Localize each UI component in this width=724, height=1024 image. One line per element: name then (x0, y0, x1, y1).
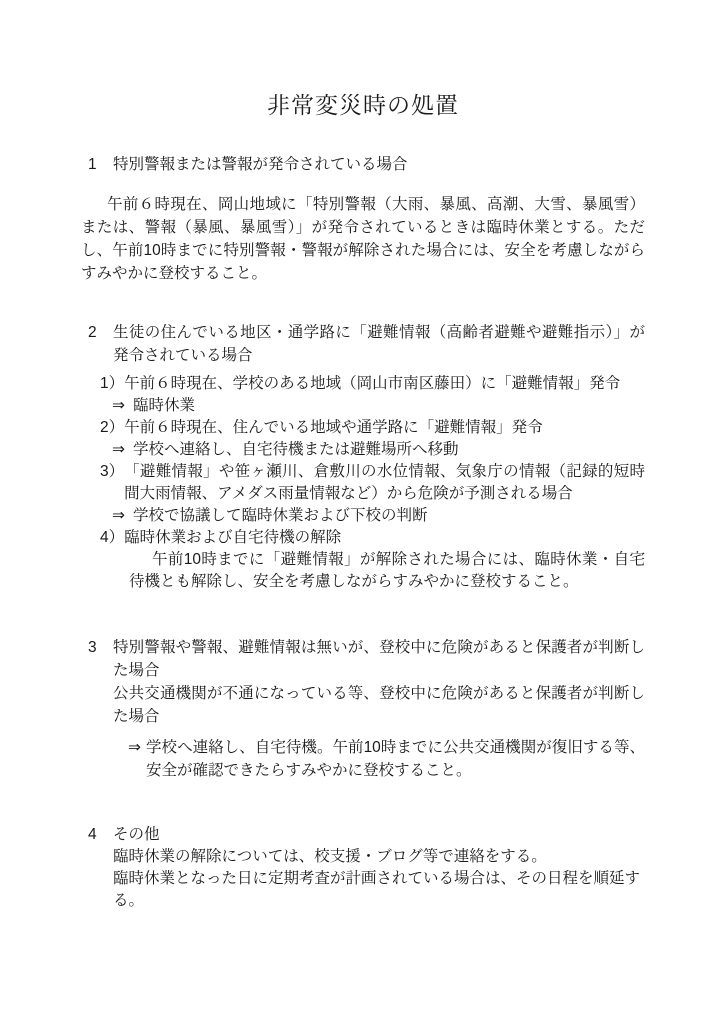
item-1-text: 午前６時現在、学校のある地域（岡山市南区藤田）に「避難情報」発令 (124, 373, 645, 395)
item-3-result-row: ⇒ 学校で協議して臨時休業および下校の判断 (112, 505, 645, 527)
item-1-result-row: ⇒ 臨時休業 (112, 395, 645, 417)
document-content: 非常変災時の処置 1 特別警報または警報が発令されている場合 午前６時現在、岡山… (81, 0, 645, 912)
arrow-icon: ⇒ (112, 439, 133, 461)
section-4-heading: その他 (113, 824, 645, 846)
section-3-heading-line-2: 公共交通機関が不通になっている等、登校中に危険があると保護者が判断した場合 (113, 682, 645, 728)
section-4-line-2: 臨時休業となった日に定期考査が計画されている場合は、その日程を順延する。 (113, 868, 645, 912)
section-4-line-1: 臨時休業の解除については、校支援・ブログ等で連絡をする。 (113, 846, 645, 868)
item-4-text: 臨時休業および自宅待機の解除 (124, 527, 645, 549)
item-4-sub-paragraph: 午前10時までに「避難情報」が解除された場合には、臨時休業・自宅待機とも解除し、… (129, 549, 645, 593)
item-2-result-text: 学校へ連絡し、自宅待機または避難場所へ移動 (133, 439, 645, 461)
section-1-body-paragraph: 午前６時現在、岡山地域に「特別警報（大雨、暴風、高潮、大雪、暴風雪）または、警報… (81, 193, 645, 285)
item-3-text: 「避難情報」や笹ヶ瀬川、倉敷川の水位情報、気象庁の情報（記録的短時間大雨情報、ア… (124, 461, 645, 505)
section-3-heading-line-1: 特別警報や警報、避難情報は無いが、登校中に危険があると保護者が判断した場合 (113, 636, 645, 682)
section-3-heading: 特別警報や警報、避難情報は無いが、登校中に危険があると保護者が判断した場合 公共… (113, 636, 645, 728)
section-3-heading-row: 3 特別警報や警報、避難情報は無いが、登校中に危険があると保護者が判断した場合 … (81, 636, 645, 728)
item-1-result-text: 臨時休業 (133, 395, 645, 417)
section-4-number: 4 (81, 824, 113, 846)
section-1-heading: 特別警報または警報が発令されている場合 (113, 153, 645, 176)
section-3-result-text: 学校へ連絡し、自宅待機。午前10時までに公共交通機関が復旧する等、安全が確認でき… (146, 736, 645, 782)
list-item: 1） 午前６時現在、学校のある地域（岡山市南区藤田）に「避難情報」発令 (100, 373, 645, 395)
list-item: 3） 「避難情報」や笹ヶ瀬川、倉敷川の水位情報、気象庁の情報（記録的短時間大雨情… (100, 461, 645, 505)
item-2-text: 午前６時現在、住んでいる地域や通学路に「避難情報」発令 (124, 417, 645, 439)
arrow-icon: ⇒ (112, 395, 133, 417)
item-3-marker: 3） (100, 461, 124, 505)
arrow-icon: ⇒ (112, 505, 133, 527)
list-item: 2） 午前６時現在、住んでいる地域や通学路に「避難情報」発令 (100, 417, 645, 439)
item-3-result-text: 学校で協議して臨時休業および下校の判断 (133, 505, 645, 527)
section-guardian-judgement: 3 特別警報や警報、避難情報は無いが、登校中に危険があると保護者が判断した場合 … (81, 636, 645, 782)
item-1-marker: 1） (100, 373, 124, 395)
section-4-heading-row: 4 その他 (81, 824, 645, 846)
section-warnings-issued: 1 特別警報または警報が発令されている場合 午前６時現在、岡山地域に「特別警報（… (81, 153, 645, 285)
section-other: 4 その他 臨時休業の解除については、校支援・ブログ等で連絡をする。 臨時休業と… (81, 824, 645, 912)
section-2-heading-row: 2 生徒の住んでいる地区・通学路に「避難情報（高齢者避難や避難指示）」が発令され… (81, 321, 645, 367)
section-3-result-row: ⇒ 学校へ連絡し、自宅待機。午前10時までに公共交通機関が復旧する等、安全が確認… (128, 736, 645, 782)
item-2-marker: 2） (100, 417, 124, 439)
section-4-body: 臨時休業の解除については、校支援・ブログ等で連絡をする。 臨時休業となった日に定… (113, 846, 645, 912)
section-3-number: 3 (81, 636, 113, 728)
arrow-icon: ⇒ (128, 736, 146, 782)
section-1-heading-row: 1 特別警報または警報が発令されている場合 (81, 153, 645, 176)
item-2-result-row: ⇒ 学校へ連絡し、自宅待機または避難場所へ移動 (112, 439, 645, 461)
page-title: 非常変災時の処置 (81, 90, 645, 120)
section-2-number: 2 (81, 321, 113, 367)
list-item: 4） 臨時休業および自宅待機の解除 (100, 527, 645, 549)
section-2-sublist: 1） 午前６時現在、学校のある地域（岡山市南区藤田）に「避難情報」発令 ⇒ 臨時… (100, 373, 645, 593)
document-page: 非常変災時の処置 1 特別警報または警報が発令されている場合 午前６時現在、岡山… (0, 0, 724, 1024)
section-2-heading: 生徒の住んでいる地区・通学路に「避難情報（高齢者避難や避難指示）」が発令されてい… (113, 321, 645, 367)
section-1-number: 1 (81, 153, 113, 176)
section-evacuation-info: 2 生徒の住んでいる地区・通学路に「避難情報（高齢者避難や避難指示）」が発令され… (81, 321, 645, 593)
item-4-marker: 4） (100, 527, 124, 549)
